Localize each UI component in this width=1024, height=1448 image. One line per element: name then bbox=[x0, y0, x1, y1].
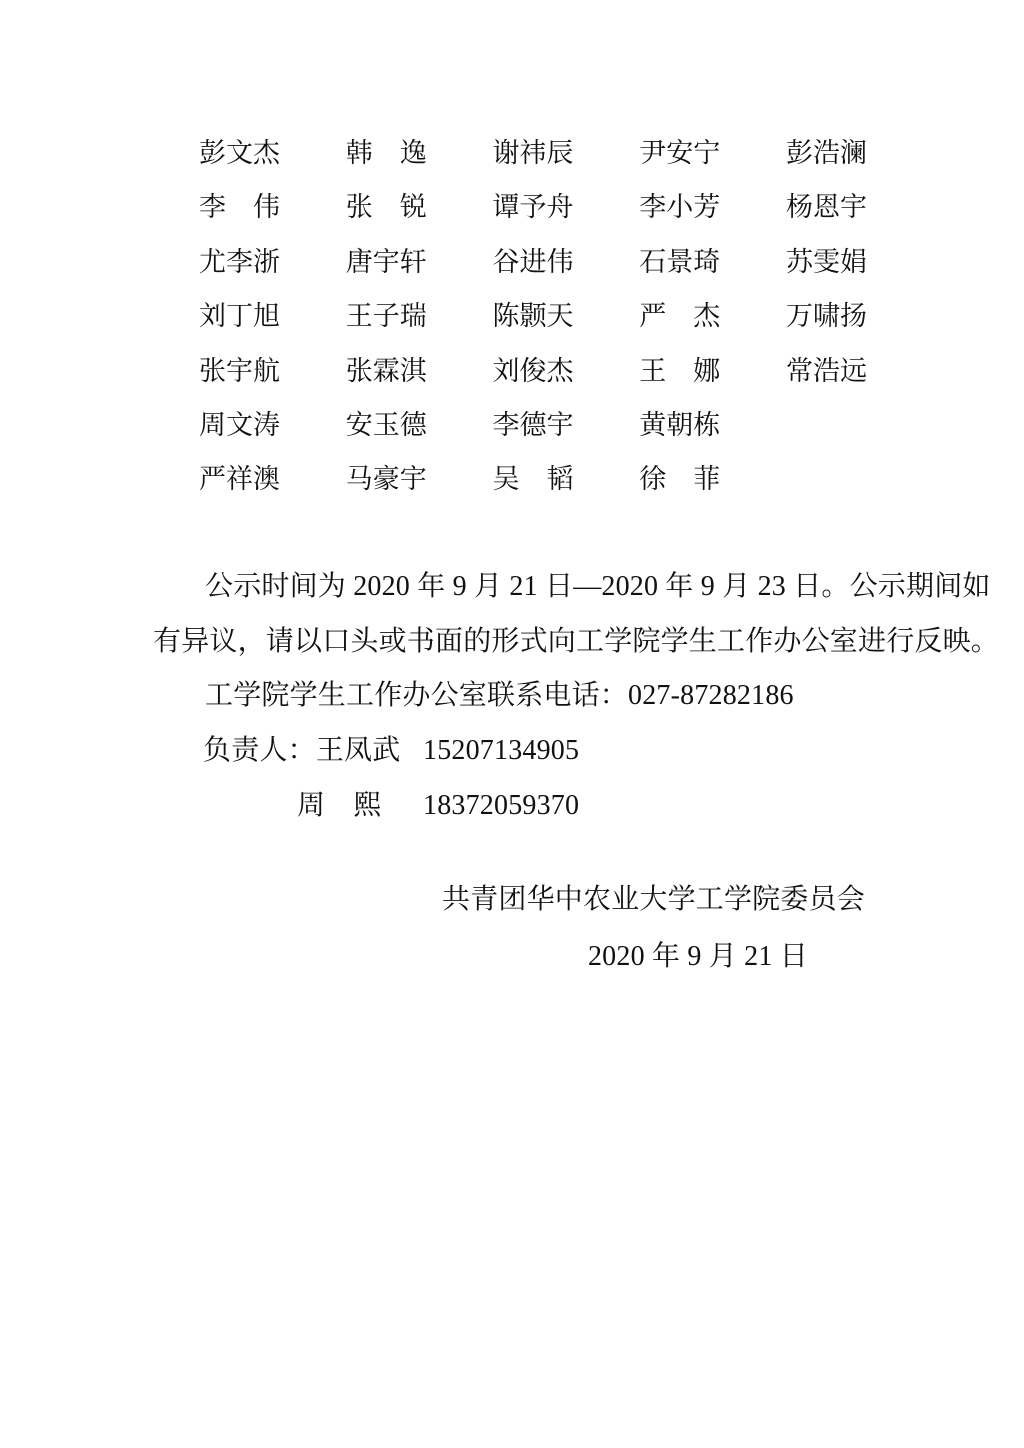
name-cell: 谭予舟 bbox=[493, 180, 640, 234]
name-cell: 陈颢天 bbox=[493, 289, 640, 343]
person-2-name: 周 熙 bbox=[297, 778, 423, 833]
name-cell: 安玉德 bbox=[346, 398, 493, 452]
name-cell: 徐 菲 bbox=[639, 452, 786, 506]
name-cell: 彭浩澜 bbox=[786, 126, 868, 180]
name-cell: 李小芳 bbox=[639, 180, 786, 234]
responsible-person-1: 负责人：王凤武 bbox=[203, 723, 423, 778]
name-cell: 张宇航 bbox=[199, 344, 346, 398]
name-cell: 严 杰 bbox=[639, 289, 786, 343]
name-cell: 刘丁旭 bbox=[199, 289, 346, 343]
name-cell: 王子瑞 bbox=[346, 289, 493, 343]
notice-paragraph-line-1: 公示时间为 2020 年 9 月 21 日—2020 年 9 月 23 日。公示… bbox=[153, 559, 991, 614]
name-cell: 李 伟 bbox=[199, 180, 346, 234]
name-cell: 苏雯娟 bbox=[786, 235, 868, 289]
responsible-label: 负责人： bbox=[203, 735, 316, 766]
name-cell: 石景琦 bbox=[639, 235, 786, 289]
name-cell: 尹安宁 bbox=[639, 126, 786, 180]
person-1-name: 王凤武 bbox=[316, 735, 401, 766]
document-page: 彭文杰 韩 逸 谢祎辰 尹安宁 彭浩澜 李 伟 张 锐 谭予舟 李小芳 杨恩宇 … bbox=[0, 0, 1024, 1448]
name-cell: 马豪宇 bbox=[346, 452, 493, 506]
name-cell: 唐宇轩 bbox=[346, 235, 493, 289]
name-cell: 彭文杰 bbox=[199, 126, 346, 180]
signature-organization: 共青团华中农业大学工学院委员会 bbox=[442, 880, 865, 920]
name-cell: 刘俊杰 bbox=[493, 344, 640, 398]
name-cell: 万啸扬 bbox=[786, 289, 868, 343]
name-cell: 吴 韬 bbox=[493, 452, 640, 506]
name-cell: 黄朝栋 bbox=[639, 398, 786, 452]
name-cell: 杨恩宇 bbox=[786, 180, 868, 234]
name-cell: 张 锐 bbox=[346, 180, 493, 234]
name-cell: 周文涛 bbox=[199, 398, 346, 452]
name-cell bbox=[786, 398, 868, 452]
names-grid: 彭文杰 韩 逸 谢祎辰 尹安宁 彭浩澜 李 伟 张 锐 谭予舟 李小芳 杨恩宇 … bbox=[199, 126, 868, 507]
office-phone-line: 工学院学生工作办公室联系电话：027-87282186 bbox=[205, 668, 794, 723]
person-1-phone: 15207134905 bbox=[423, 735, 579, 766]
responsible-person-line-2: 周 熙18372059370 bbox=[297, 778, 579, 833]
name-cell: 张霖淇 bbox=[346, 344, 493, 398]
name-cell: 谷进伟 bbox=[493, 235, 640, 289]
name-cell bbox=[786, 452, 868, 506]
name-cell: 严祥澳 bbox=[199, 452, 346, 506]
name-cell: 谢祎辰 bbox=[493, 126, 640, 180]
name-cell: 尤李浙 bbox=[199, 235, 346, 289]
name-cell: 王 娜 bbox=[639, 344, 786, 398]
notice-paragraph-line-2: 有异议，请以口头或书面的形式向工学院学生工作办公室进行反映。 bbox=[153, 614, 999, 669]
name-cell: 李德宇 bbox=[493, 398, 640, 452]
responsible-person-line-1: 负责人：王凤武15207134905 bbox=[203, 723, 579, 778]
person-2-phone: 18372059370 bbox=[423, 790, 579, 821]
name-cell: 韩 逸 bbox=[346, 126, 493, 180]
signature-date: 2020 年 9 月 21 日 bbox=[588, 937, 808, 977]
name-cell: 常浩远 bbox=[786, 344, 868, 398]
